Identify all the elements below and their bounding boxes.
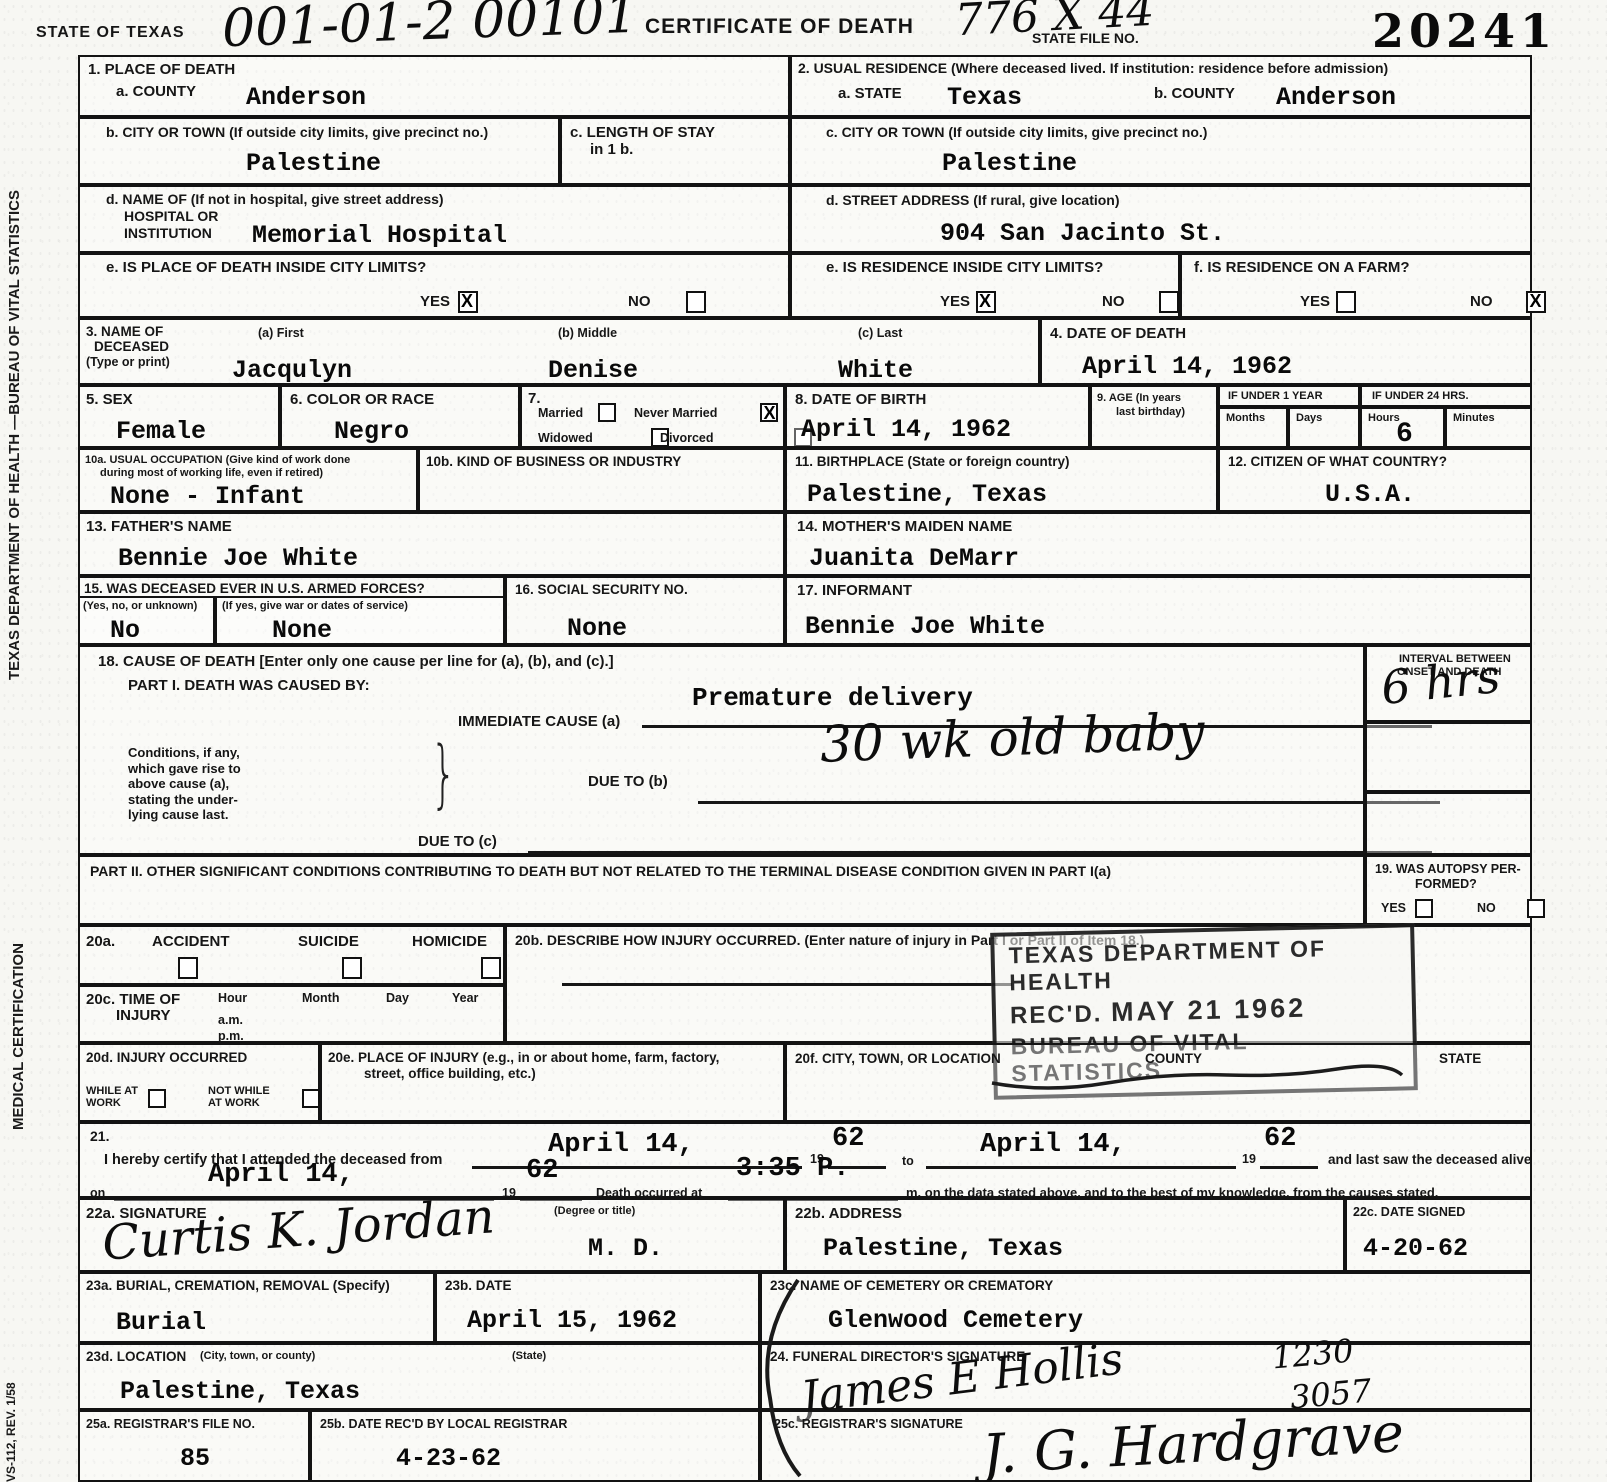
field-citizen: 12. CITIZEN OF WHAT COUNTRY? U.S.A. <box>1218 448 1532 512</box>
field-age-days: Days <box>1288 407 1360 448</box>
autopsy-yes-label: YES <box>1381 901 1406 915</box>
injury-occurred-label: 20d. INJURY OCCURRED <box>86 1050 247 1066</box>
birthplace-value: Palestine, Texas <box>807 482 1047 507</box>
date-signed-value: 4-20-62 <box>1363 1236 1468 1261</box>
first-name-label: (a) First <box>258 326 304 340</box>
conditions-note: Conditions, if any, which gave rise to a… <box>128 745 241 823</box>
last-name-value: White <box>838 358 913 383</box>
part2-label: PART II. OTHER SIGNIFICANT CONDITIONS CO… <box>90 863 1111 879</box>
field-under-24-hrs-header: IF UNDER 24 HRS. <box>1360 385 1532 407</box>
field-23a-burial: 23a. BURIAL, CREMATION, REMOVAL (Specify… <box>78 1272 435 1343</box>
field-color-or-race: 6. COLOR OR RACE Negro <box>280 385 520 448</box>
field-20e-place-of-injury: 20e. PLACE OF INJURY (e.g., in or about … <box>320 1043 785 1122</box>
field-residence-city-limits: e. IS RESIDENCE INSIDE CITY LIMITS? YES … <box>790 253 1180 318</box>
sex-label: 5. SEX <box>86 391 133 408</box>
last-name-label: (c) Last <box>858 326 902 340</box>
checkbox-farm-yes <box>1336 291 1356 313</box>
field-under-1-year-header: IF UNDER 1 YEAR <box>1218 385 1360 407</box>
field-interval-c <box>1365 792 1532 855</box>
date-signed-label: 22c. DATE SIGNED <box>1353 1205 1465 1219</box>
checkbox-never-married: X <box>760 403 778 422</box>
hours-value: 6 <box>1396 421 1413 449</box>
injury-city-label: 20f. CITY, TOWN, OR LOCATION <box>795 1051 1001 1067</box>
field-age-minutes: Minutes <box>1445 407 1532 448</box>
margin-medical-certification-text: MEDICAL CERTIFICATION <box>10 830 27 1130</box>
place-of-injury-label1: 20e. PLACE OF INJURY (e.g., in or about … <box>328 1050 719 1066</box>
checkbox-while-at-work <box>148 1089 166 1108</box>
field-birthplace: 11. BIRTHPLACE (State or foreign country… <box>785 448 1218 512</box>
location-label: 23d. LOCATION <box>86 1349 186 1365</box>
mother-name-value: Juanita DeMarr <box>809 546 1019 571</box>
degree-label: (Degree or title) <box>554 1205 635 1218</box>
hospital-value: Memorial Hospital <box>252 223 507 248</box>
state-file-no-label: STATE FILE NO. <box>1032 30 1139 46</box>
hour-label: Hour <box>218 991 247 1005</box>
divorced-label: Divorced <box>660 431 714 445</box>
residence-limits-no-label: NO <box>1102 293 1125 310</box>
injury-state-label: STATE <box>1439 1051 1481 1067</box>
am-label: a.m. <box>218 1013 243 1027</box>
length-of-stay-label2: in 1 b. <box>590 141 633 158</box>
field-age-hours: Hours 6 <box>1360 407 1445 448</box>
citizen-value: U.S.A. <box>1325 482 1415 507</box>
field-business-industry: 10b. KIND OF BUSINESS OR INDUSTRY <box>418 448 785 512</box>
degree-value: M. D. <box>588 1236 663 1261</box>
middle-name-value: Denise <box>548 358 638 383</box>
county-value: Anderson <box>246 85 366 110</box>
farm-yes-label: YES <box>1300 293 1330 310</box>
residence-state-label: a. STATE <box>838 85 902 102</box>
armed-forces-sub2: (If yes, give war or dates of service) <box>222 600 408 613</box>
cert-number-label: 21. <box>90 1128 109 1144</box>
hospital-label3: INSTITUTION <box>124 225 212 241</box>
checkbox-autopsy-no <box>1527 899 1545 918</box>
usual-residence-label: 2. USUAL RESIDENCE (Where deceased lived… <box>798 60 1388 76</box>
cert-to-label: to <box>902 1154 914 1168</box>
field-interval-b <box>1365 722 1532 792</box>
field-date-of-birth: 8. DATE OF BIRTH April 14, 1962 <box>785 385 1090 448</box>
field-cause-of-death: 18. CAUSE OF DEATH [Enter only one cause… <box>78 645 1365 855</box>
occupation-value: None - Infant <box>110 484 305 509</box>
stamp-line1: TEXAS DEPARTMENT OF HEALTH <box>1008 934 1399 997</box>
name-label2: DECEASED <box>94 339 169 355</box>
field-sex: 5. SEX Female <box>78 385 280 448</box>
margin-form-number: VS-112, REV. 1/58 <box>4 1336 18 1482</box>
occupation-label1: 10a. USUAL OCCUPATION (Give kind of work… <box>85 454 350 467</box>
field-20c-time-of-injury: 20c. TIME OF INJURY Hour Month Day Year … <box>78 985 505 1043</box>
certificate-title: CERTIFICATE OF DEATH <box>645 16 914 37</box>
checkbox-homicide <box>481 957 501 979</box>
residence-county-label: b. COUNTY <box>1154 85 1235 102</box>
location-sub2: (State) <box>512 1350 546 1363</box>
dob-value: April 14, 1962 <box>801 417 1011 442</box>
field-death-city-limits: e. IS PLACE OF DEATH INSIDE CITY LIMITS?… <box>78 253 790 318</box>
cause-of-death-title: 18. CAUSE OF DEATH [Enter only one cause… <box>98 653 614 670</box>
state-of-texas-label: STATE OF TEXAS <box>36 24 185 42</box>
field-death-city: b. CITY OR TOWN (If outside city limits,… <box>78 117 560 185</box>
field-20d-injury-occurred: 20d. INJURY OCCURRED WHILE AT WORK NOT W… <box>78 1043 320 1122</box>
sex-value: Female <box>116 419 206 444</box>
suicide-label: SUICIDE <box>298 933 359 950</box>
due-to-c-label: DUE TO (c) <box>418 833 497 850</box>
conditions-brace: } <box>431 737 457 811</box>
while-at-work-label2: WORK <box>86 1097 121 1110</box>
hours-label: Hours <box>1368 412 1400 425</box>
field-24-funeral-director: 24. FUNERAL DIRECTOR'S SIGNATURE James E… <box>760 1343 1532 1410</box>
cert-year-2: 62 <box>1264 1126 1296 1153</box>
checkbox-residence-limits-no <box>1159 291 1179 313</box>
armed-forces-label: 15. WAS DECEASED EVER IN U.S. ARMED FORC… <box>84 581 425 597</box>
location-value: Palestine, Texas <box>120 1379 360 1404</box>
residence-limits-yes-label: YES <box>940 293 970 310</box>
checkbox-residence-limits-yes: X <box>976 291 996 313</box>
field-name-of-deceased: 3. NAME OF DECEASED (Type or print) (a) … <box>78 318 1040 385</box>
length-of-stay-label: c. LENGTH OF STAY <box>570 124 715 141</box>
checkbox-death-limits-no <box>686 291 706 313</box>
name-label3: (Type or print) <box>86 355 170 369</box>
father-name-label: 13. FATHER'S NAME <box>86 518 232 535</box>
married-label: Married <box>538 406 583 420</box>
autopsy-no-label: NO <box>1477 901 1496 915</box>
field-part2-conditions: PART II. OTHER SIGNIFICANT CONDITIONS CO… <box>78 855 1365 925</box>
field-date-of-death: 4. DATE OF DEATH April 14, 1962 <box>1040 318 1532 385</box>
dob-label: 8. DATE OF BIRTH <box>795 391 926 408</box>
residence-city-value: Palestine <box>942 151 1077 176</box>
ssn-label: 16. SOCIAL SECURITY NO. <box>515 582 688 598</box>
residence-limits-label: e. IS RESIDENCE INSIDE CITY LIMITS? <box>826 259 1103 276</box>
while-at-work-label1: WHILE AT <box>86 1085 138 1098</box>
mother-name-label: 14. MOTHER'S MAIDEN NAME <box>797 518 1012 535</box>
manner-label: 20a. <box>86 933 115 950</box>
interval-value: 6 hrs <box>1379 649 1503 715</box>
father-name-value: Bennie Joe White <box>118 546 358 571</box>
never-married-label: Never Married <box>634 406 717 420</box>
field-25a-registrar-file: 25a. REGISTRAR'S FILE NO. 85 <box>78 1410 310 1482</box>
registrar-signature: J. G. Hardgrave <box>981 1401 1406 1482</box>
pen-flourish <box>756 1278 816 1478</box>
due-to-b-value: 30 wk old baby <box>819 702 1205 773</box>
name-label1: 3. NAME OF <box>86 324 163 340</box>
checkbox-death-limits-yes: X <box>458 291 478 313</box>
field-mother-maiden-name: 14. MOTHER'S MAIDEN NAME Juanita DeMarr <box>785 512 1532 576</box>
field-22b-address: 22b. ADDRESS Palestine, Texas <box>785 1198 1345 1272</box>
field-25c-registrar-signature: 25c. REGISTRAR'S SIGNATURE J. G. Hardgra… <box>760 1410 1532 1482</box>
field-23b-burial-date: 23b. DATE April 15, 1962 <box>435 1272 760 1343</box>
death-limits-no-label: NO <box>628 293 651 310</box>
pm-label: p.m. <box>218 1029 244 1043</box>
checkbox-not-while-at-work <box>302 1089 320 1108</box>
not-while-at-work-label1: NOT WHILE <box>208 1085 270 1098</box>
field-interval-a: INTERVAL BETWEEN ONSET AND DEATH 6 hrs <box>1365 645 1532 722</box>
checkbox-suicide <box>342 957 362 979</box>
informant-label: 17. INFORMANT <box>797 582 912 599</box>
checkbox-autopsy-yes <box>1415 899 1433 918</box>
field-marital-status: 7. Married Never Married X Widowed Divor… <box>520 385 785 448</box>
field-father-name: 13. FATHER'S NAME Bennie Joe White <box>78 512 785 576</box>
field-22a-signature: 22a. SIGNATURE Curtis K. Jordan (Degree … <box>78 1198 785 1272</box>
burial-label: 23a. BURIAL, CREMATION, REMOVAL (Specify… <box>86 1278 390 1294</box>
field-autopsy: 19. WAS AUTOPSY PER- FORMED? YES NO <box>1365 855 1532 925</box>
under-24-hrs-label: IF UNDER 24 HRS. <box>1372 390 1469 403</box>
date-of-death-value: April 14, 1962 <box>1082 354 1292 379</box>
field-usual-residence: 2. USUAL RESIDENCE (Where deceased lived… <box>790 55 1532 117</box>
cert-from-date: April 14, <box>548 1132 694 1159</box>
checkbox-farm-no: X <box>1526 291 1546 313</box>
age-label1: 9. AGE (In years <box>1097 392 1181 405</box>
margin-dept-text: TEXAS DEPARTMENT OF HEALTH —BUREAU OF VI… <box>6 160 23 680</box>
date-recd-value: 4-23-62 <box>396 1446 501 1471</box>
field-length-of-stay: c. LENGTH OF STAY in 1 b. <box>560 117 790 185</box>
widowed-label: Widowed <box>538 431 593 445</box>
field-hospital: d. NAME OF (If not in hospital, give str… <box>78 185 790 253</box>
field-usual-occupation: 10a. USUAL OCCUPATION (Give kind of work… <box>78 448 418 512</box>
race-value: Negro <box>334 419 409 444</box>
accident-label: ACCIDENT <box>152 933 230 950</box>
first-name-value: Jacqulyn <box>232 358 352 383</box>
residence-county-value: Anderson <box>1276 85 1396 110</box>
field-23c-cemetery: 23c. NAME OF CEMETERY OR CREMATORY Glenw… <box>760 1272 1532 1343</box>
cert-time-value: 3:35 P. <box>736 1156 849 1183</box>
field-21-certification: 21. I hereby certify that I attended the… <box>78 1122 1532 1198</box>
field-23d-location: 23d. LOCATION (City, town, or county) (S… <box>78 1343 760 1410</box>
street-address-label: d. STREET ADDRESS (If rural, give locati… <box>826 192 1120 208</box>
date-of-death-label: 4. DATE OF DEATH <box>1050 325 1186 342</box>
field-residence-city: c. CITY OR TOWN (If outside city limits,… <box>790 117 1532 185</box>
cert-to-date: April 14, <box>980 1132 1126 1159</box>
armed-forces-value1: No <box>110 618 140 643</box>
cert-year-1: 62 <box>832 1126 864 1153</box>
burial-date-value: April 15, 1962 <box>467 1308 677 1333</box>
street-address-value: 904 San Jacinto St. <box>940 221 1225 246</box>
death-limits-yes-label: YES <box>420 293 450 310</box>
physician-signature: Curtis K. Jordan <box>101 1188 497 1271</box>
time-of-injury-label1: 20c. TIME OF <box>86 991 180 1008</box>
death-city-limits-label: e. IS PLACE OF DEATH INSIDE CITY LIMITS? <box>106 259 426 276</box>
minutes-label: Minutes <box>1453 412 1495 425</box>
autopsy-label2: FORMED? <box>1415 877 1477 891</box>
cemetery-value: Glenwood Cemetery <box>828 1308 1083 1333</box>
middle-name-label: (b) Middle <box>558 326 617 340</box>
ssn-value: None <box>567 616 627 641</box>
residence-farm-label: f. IS RESIDENCE ON A FARM? <box>1194 259 1410 276</box>
handwritten-code: 001-01-2 00101 <box>221 0 638 59</box>
stamp-line2: REC'D. MAY 21 1962 <box>1010 991 1401 1031</box>
residence-city-label: c. CITY OR TOWN (If outside city limits,… <box>826 124 1207 140</box>
checkbox-accident <box>178 957 198 979</box>
burial-value: Burial <box>116 1310 206 1335</box>
cert-year-3: 62 <box>526 1158 558 1185</box>
under-1-year-label: IF UNDER 1 YEAR <box>1228 390 1323 403</box>
field-armed-forces-service: (If yes, give war or dates of service) N… <box>215 596 505 645</box>
hospital-label2: HOSPITAL OR <box>124 208 218 224</box>
informant-value: Bennie Joe White <box>805 614 1045 639</box>
checkbox-married <box>598 403 616 422</box>
cert-on-date: April 14, <box>208 1162 354 1189</box>
citizen-label: 12. CITIZEN OF WHAT COUNTRY? <box>1228 454 1447 470</box>
field-22c-date-signed: 22c. DATE SIGNED 4-20-62 <box>1345 1198 1532 1272</box>
burial-date-label: 23b. DATE <box>445 1278 512 1294</box>
homicide-label: HOMICIDE <box>412 933 487 950</box>
immediate-cause-value: Premature delivery <box>692 685 973 711</box>
race-label: 6. COLOR OR RACE <box>290 391 434 408</box>
not-while-at-work-label2: AT WORK <box>208 1097 260 1110</box>
month-label: Month <box>302 991 339 1005</box>
time-of-injury-label2: INJURY <box>116 1007 170 1024</box>
field-age: 9. AGE (In years last birthday) <box>1090 385 1218 448</box>
autopsy-label1: 19. WAS AUTOPSY PER- <box>1375 862 1521 876</box>
field-age-months: Months <box>1218 407 1288 448</box>
field-residence-farm: f. IS RESIDENCE ON A FARM? YES NO X <box>1180 253 1532 318</box>
industry-label: 10b. KIND OF BUSINESS OR INDUSTRY <box>426 454 681 470</box>
field-informant: 17. INFORMANT Bennie Joe White <box>785 576 1532 645</box>
field-armed-forces-answer: (Yes, no, or unknown) No <box>78 596 215 645</box>
months-label: Months <box>1226 412 1265 425</box>
physician-address-label: 22b. ADDRESS <box>795 1205 902 1222</box>
days-label: Days <box>1296 412 1322 425</box>
armed-forces-sub1: (Yes, no, or unknown) <box>83 600 197 613</box>
field-25b-date-recd: 25b. DATE REC'D BY LOCAL REGISTRAR 4-23-… <box>310 1410 760 1482</box>
residence-state-value: Texas <box>947 85 1022 110</box>
certificate-number: 20241 <box>1372 8 1557 54</box>
cert-text-3: and last saw the deceased alive <box>1328 1152 1531 1168</box>
field-place-of-death: 1. PLACE OF DEATH a. COUNTY Anderson <box>78 55 790 117</box>
place-of-injury-label2: street, office building, etc.) <box>364 1066 536 1082</box>
death-city-label: b. CITY OR TOWN (If outside city limits,… <box>106 124 488 140</box>
county-label: a. COUNTY <box>116 83 196 100</box>
day-label: Day <box>386 991 409 1005</box>
part1-label: PART I. DEATH WAS CAUSED BY: <box>128 677 370 694</box>
registrar-file-label: 25a. REGISTRAR'S FILE NO. <box>86 1417 255 1431</box>
occupation-label2: during most of working life, even if ret… <box>100 467 323 480</box>
farm-no-label: NO <box>1470 293 1493 310</box>
death-certificate-scan: TEXAS DEPARTMENT OF HEALTH —BUREAU OF VI… <box>0 0 1607 1482</box>
physician-address-value: Palestine, Texas <box>823 1236 1063 1261</box>
year-label: Year <box>452 991 478 1005</box>
stray-pen-mark <box>987 1053 1407 1093</box>
due-to-b-label: DUE TO (b) <box>588 773 668 790</box>
age-label2: last birthday) <box>1116 406 1185 419</box>
registrar-file-value: 85 <box>180 1446 210 1471</box>
location-sub1: (City, town, or county) <box>200 1350 315 1363</box>
armed-forces-value2: None <box>272 618 332 643</box>
field-street-address: d. STREET ADDRESS (If rural, give locati… <box>790 185 1532 253</box>
birthplace-label: 11. BIRTHPLACE (State or foreign country… <box>795 454 1070 470</box>
place-of-death-label: 1. PLACE OF DEATH <box>88 61 235 78</box>
field-social-security: 16. SOCIAL SECURITY NO. None <box>505 576 785 645</box>
date-recd-label: 25b. DATE REC'D BY LOCAL REGISTRAR <box>320 1417 567 1431</box>
hospital-label1: d. NAME OF (If not in hospital, give str… <box>106 191 444 207</box>
field-20a-manner: 20a. ACCIDENT SUICIDE HOMICIDE <box>78 925 505 985</box>
death-city-value: Palestine <box>246 151 381 176</box>
field-20f-location: 20f. CITY, TOWN, OR LOCATION COUNTY STAT… <box>785 1043 1532 1122</box>
immediate-cause-label: IMMEDIATE CAUSE (a) <box>458 713 620 730</box>
marital-label: 7. <box>528 390 541 407</box>
cert-19-b: 19 <box>1242 1152 1256 1166</box>
funeral-director-number1: 1230 <box>1270 1332 1354 1377</box>
